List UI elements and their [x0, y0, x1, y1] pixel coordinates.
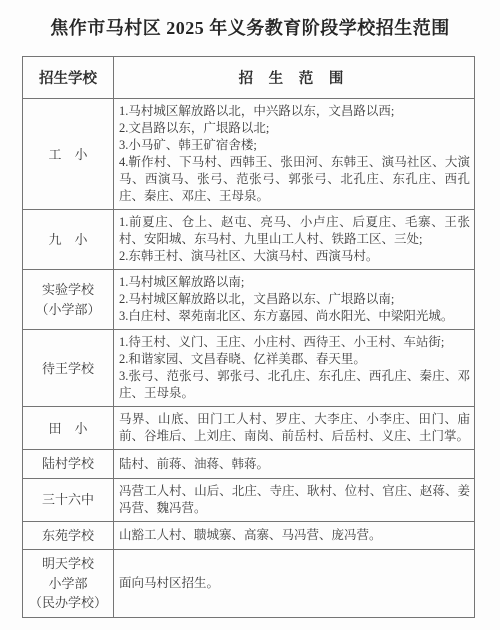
school-cell: 东苑学校 — [23, 521, 114, 550]
scope-line: 1.马村城区解放路以北，中兴路以东，文昌路以西; — [119, 103, 470, 120]
scope-line: 陆村、前蒋、油蒋、韩蒋。 — [119, 456, 470, 473]
school-cell: 田 小 — [23, 407, 114, 450]
scope-cell: 1.前夏庄、仓上、赵屯、亮马、小卢庄、后夏庄、毛寨、王张村、安阳城、东马村、九里… — [114, 210, 475, 270]
table-row: 工 小1.马村城区解放路以北，中兴路以东，文昌路以西;2.文昌路以东，广垠路以北… — [23, 99, 475, 210]
document-page: 焦作市马村区 2025 年义务教育阶段学校招生范围 招生学校 招 生 范 围 工… — [0, 0, 500, 630]
table-row: 陆村学校陆村、前蒋、油蒋、韩蒋。 — [23, 450, 475, 479]
scope-cell: 马界、山底、田门工人村、罗庄、大李庄、小李庄、田门、庙前、谷堆后、上刘庄、南岗、… — [114, 407, 475, 450]
scope-line: 山豁工人村、聩城寨、高寨、马冯营、庞冯营。 — [119, 527, 470, 544]
scope-line: 3.张弓、范张弓、郭张弓、北孔庄、东孔庄、西孔庄、秦庄、邓庄、王母泉。 — [119, 368, 470, 402]
scope-cell: 陆村、前蒋、油蒋、韩蒋。 — [114, 450, 475, 479]
scope-line: 2.文昌路以东，广垠路以北; — [119, 120, 470, 137]
page-title: 焦作市马村区 2025 年义务教育阶段学校招生范围 — [0, 0, 500, 40]
scope-line: 马界、山底、田门工人村、罗庄、大李庄、小李庄、田门、庙前、谷堆后、上刘庄、南岗、… — [119, 411, 470, 445]
scope-line: 2.东韩王村、演马社区、大演马村、西演马村。 — [119, 248, 470, 265]
scope-line: 3.白庄村、翠苑南北区、东方嘉园、尚水阳光、中梁阳光城。 — [119, 308, 470, 325]
table-row: 东苑学校山豁工人村、聩城寨、高寨、马冯营、庞冯营。 — [23, 521, 475, 550]
scope-line: 2.马村城区解放路以北，文昌路以东、广垠路以南; — [119, 291, 470, 308]
scope-line: 1.待王村、义门、王庄、小庄村、西待王、小王村、车站街; — [119, 334, 470, 351]
scope-cell: 面向马村区招生。 — [114, 550, 475, 618]
school-cell: 工 小 — [23, 99, 114, 210]
enrollment-table: 招生学校 招 生 范 围 工 小1.马村城区解放路以北，中兴路以东，文昌路以西;… — [22, 56, 475, 618]
school-cell: 三十六中 — [23, 478, 114, 521]
table-row: 明天学校 小学部 （民办学校）面向马村区招生。 — [23, 550, 475, 618]
scope-cell: 冯营工人村、山后、北庄、寺庄、耿村、位村、官庄、赵蒋、姜冯营、魏冯营。 — [114, 478, 475, 521]
scope-line: 1.马村城区解放路以南; — [119, 274, 470, 291]
scope-line: 1.前夏庄、仓上、赵屯、亮马、小卢庄、后夏庄、毛寨、王张村、安阳城、东马村、九里… — [119, 214, 470, 248]
header-scope-column: 招 生 范 围 — [114, 57, 475, 99]
table-row: 实验学校 （小学部）1.马村城区解放路以南;2.马村城区解放路以北，文昌路以东、… — [23, 270, 475, 330]
scope-cell: 1.待王村、义门、王庄、小庄村、西待王、小王村、车站街;2.和谐家园、文昌春晓、… — [114, 330, 475, 407]
scope-cell: 1.马村城区解放路以南;2.马村城区解放路以北，文昌路以东、广垠路以南;3.白庄… — [114, 270, 475, 330]
scope-line: 2.和谐家园、文昌春晓、亿祥美郡、春天里。 — [119, 351, 470, 368]
school-cell: 九 小 — [23, 210, 114, 270]
table-row: 田 小马界、山底、田门工人村、罗庄、大李庄、小李庄、田门、庙前、谷堆后、上刘庄、… — [23, 407, 475, 450]
school-cell: 陆村学校 — [23, 450, 114, 479]
school-cell: 明天学校 小学部 （民办学校） — [23, 550, 114, 618]
enrollment-table-wrap: 招生学校 招 生 范 围 工 小1.马村城区解放路以北，中兴路以东，文昌路以西;… — [22, 56, 475, 618]
table-header-row: 招生学校 招 生 范 围 — [23, 57, 475, 99]
header-school-column: 招生学校 — [23, 57, 114, 99]
scope-line: 3.小马矿、韩王矿宿舍楼; — [119, 137, 470, 154]
scope-line: 4.靳作村、下马村、西韩王、张田河、东韩王、演马社区、大演马、西演马、张弓、范张… — [119, 154, 470, 205]
scope-cell: 山豁工人村、聩城寨、高寨、马冯营、庞冯营。 — [114, 521, 475, 550]
scope-cell: 1.马村城区解放路以北，中兴路以东，文昌路以西;2.文昌路以东，广垠路以北;3.… — [114, 99, 475, 210]
table-row: 三十六中冯营工人村、山后、北庄、寺庄、耿村、位村、官庄、赵蒋、姜冯营、魏冯营。 — [23, 478, 475, 521]
table-row: 待王学校1.待王村、义门、王庄、小庄村、西待王、小王村、车站街;2.和谐家园、文… — [23, 330, 475, 407]
table-body: 工 小1.马村城区解放路以北，中兴路以东，文昌路以西;2.文昌路以东，广垠路以北… — [23, 99, 475, 618]
school-cell: 实验学校 （小学部） — [23, 270, 114, 330]
school-cell: 待王学校 — [23, 330, 114, 407]
scope-line: 面向马村区招生。 — [119, 575, 470, 592]
scope-line: 冯营工人村、山后、北庄、寺庄、耿村、位村、官庄、赵蒋、姜冯营、魏冯营。 — [119, 483, 470, 517]
table-row: 九 小1.前夏庄、仓上、赵屯、亮马、小卢庄、后夏庄、毛寨、王张村、安阳城、东马村… — [23, 210, 475, 270]
